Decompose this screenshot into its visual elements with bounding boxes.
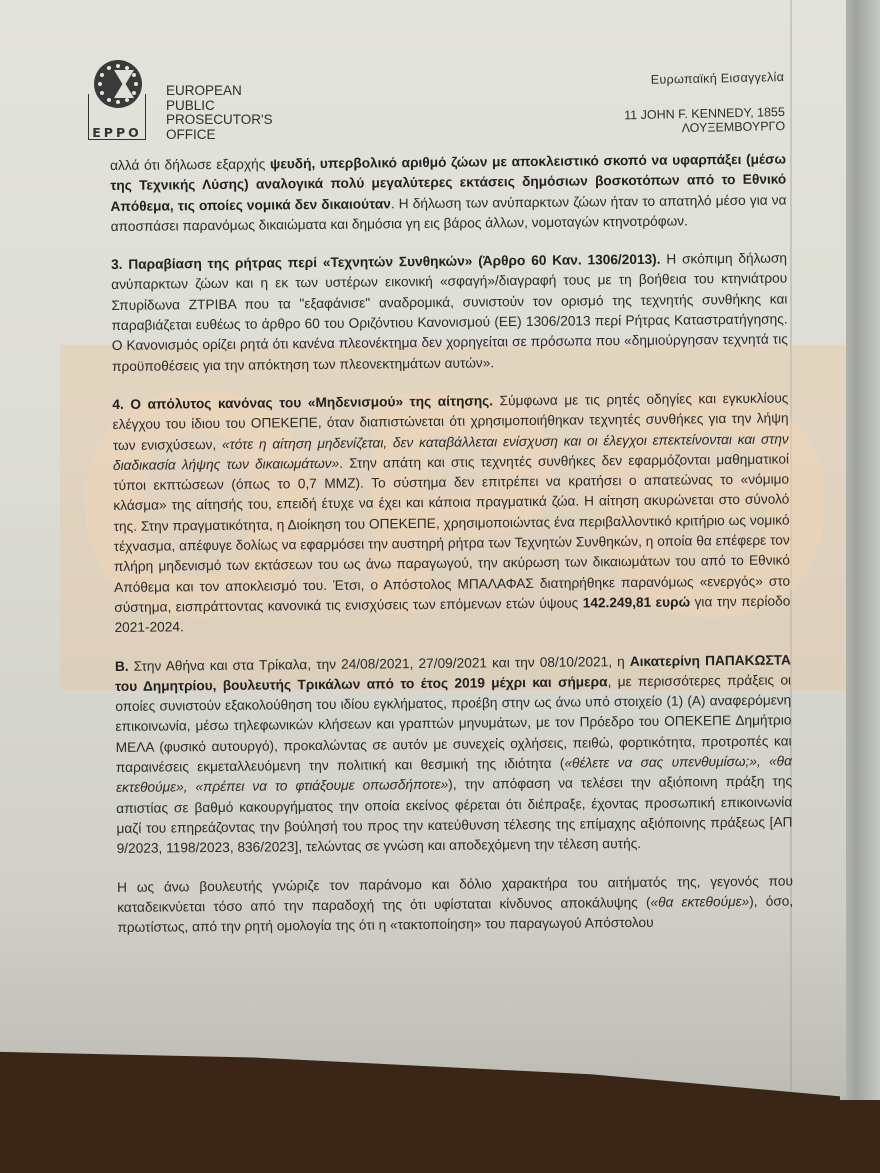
star-icon xyxy=(125,98,129,102)
star-icon xyxy=(132,73,136,77)
paragraph: Β. Στην Αθήνα και στα Τρίκαλα, την 24/08… xyxy=(115,650,793,859)
bold-text: Β. xyxy=(115,658,129,673)
bold-text: 3. Παραβίαση της ρήτρας περί «Τεχνητών Σ… xyxy=(111,252,661,272)
background-sheet xyxy=(840,0,880,1100)
paragraph: Η ως άνω βουλευτής γνώριζε τον παράνομο … xyxy=(117,871,794,938)
org-name-line: PUBLIC xyxy=(166,99,273,114)
star-icon xyxy=(116,64,120,68)
star-icon xyxy=(100,73,104,77)
text-run: Στην Αθήνα και στα Τρίκαλα, την 24/08/20… xyxy=(129,654,630,674)
paragraph: 4. Ο απόλυτος κανόνας του «Μηδενισμού» τ… xyxy=(112,388,790,638)
org-name-line: EUROPEAN xyxy=(166,84,273,99)
logo-circle-icon xyxy=(94,60,142,108)
star-icon xyxy=(107,66,111,70)
star-icon xyxy=(134,82,138,86)
star-icon xyxy=(132,91,136,95)
star-icon xyxy=(100,91,104,95)
paragraph: αλλά ότι δήλωσε εξαρχής ψευδή, υπερβολικ… xyxy=(110,150,787,238)
star-icon xyxy=(107,98,111,102)
office-title: Ευρωπαϊκή Εισαγγελία xyxy=(520,70,784,90)
org-name-line: OFFICE xyxy=(166,128,273,143)
logo-text: EPPO xyxy=(88,125,146,140)
document-body: αλλά ότι δήλωσε εξαρχής ψευδή, υπερβολικ… xyxy=(110,150,794,957)
office-address: 11 JOHN F. KENNEDY, 1855 ΛΟΥΞΕΜΒΟΥΡΓΟ xyxy=(521,105,786,139)
paragraph: 3. Παραβίαση της ρήτρας περί «Τεχνητών Σ… xyxy=(111,249,788,377)
bold-text: 142.249,81 ευρώ xyxy=(583,594,691,610)
document-page: ΟΡΘΑ EPPO EUROPEAN PUBLIC PROSECUTOR'S O… xyxy=(0,0,846,1125)
org-name-line: PROSECUTOR'S xyxy=(166,113,273,128)
text-run: . Στην απάτη και στις τεχνητές συνθήκες … xyxy=(113,451,790,615)
star-icon xyxy=(125,66,129,70)
letterhead-address: Ευρωπαϊκή Εισαγγελία 11 JOHN F. KENNEDY,… xyxy=(520,70,785,139)
quoted-text: «θα εκτεθούμε» xyxy=(650,894,749,910)
text-run: αλλά ότι δήλωσε εξαρχής xyxy=(110,156,270,173)
star-icon xyxy=(116,100,120,104)
eppo-logo: EPPO xyxy=(88,60,148,142)
bold-text: 4. Ο απόλυτος κανόνας του «Μηδενισμού» τ… xyxy=(112,393,493,412)
organization-name: EUROPEAN PUBLIC PROSECUTOR'S OFFICE xyxy=(166,84,273,142)
star-icon xyxy=(98,82,102,86)
